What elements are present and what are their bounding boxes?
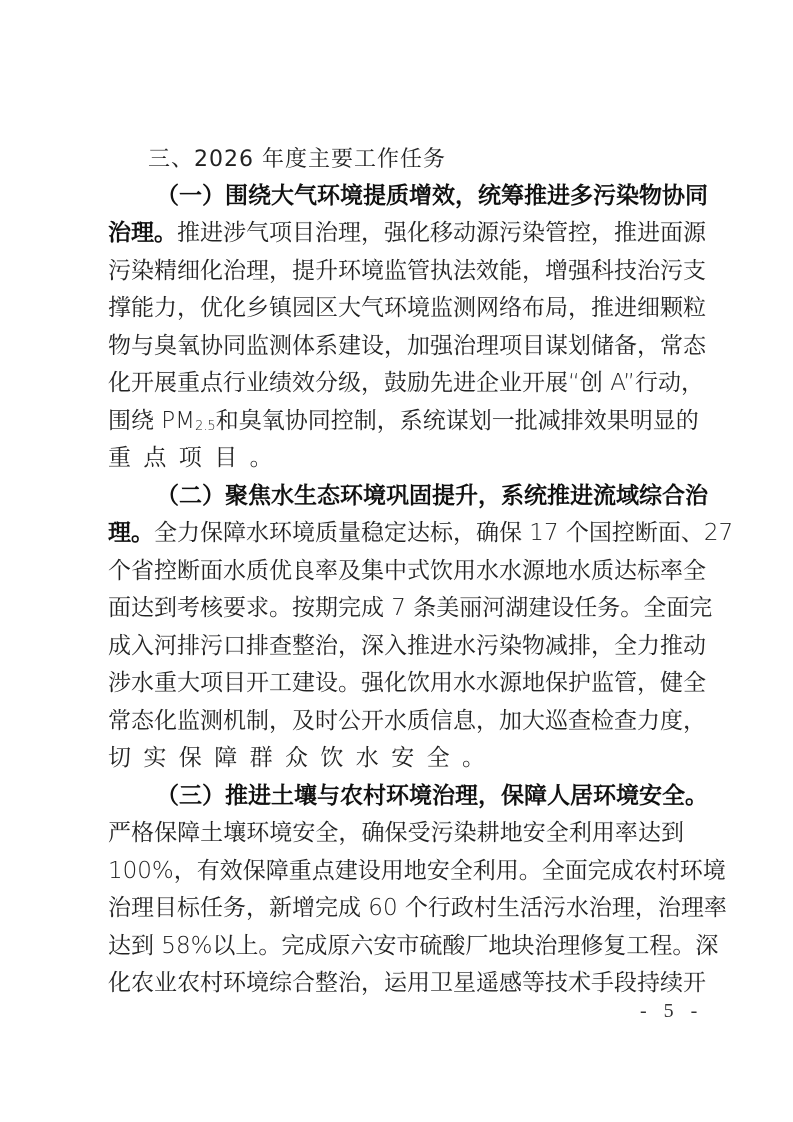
paragraph-2-line-2-text: 全力保障水环境质量稳定达标，确保 17 个国控断面、27: [154, 520, 733, 546]
paragraph-3-line-4: 治理目标任务，新增完成 60 个行政村生活污水治理，治理率: [108, 893, 684, 923]
paragraph-1-title-tail: 治理。: [108, 220, 177, 246]
paragraph-3-line-3: 100%，有效保障重点建设用地安全利用。全面完成农村环境: [108, 856, 684, 886]
paragraph-1-line-7-text-b: 和臭氧协同控制，系统谋划一批减排效果明显的: [216, 408, 699, 434]
paragraph-3-line-6: 化农业农村环境综合整治，运用卫星遥感等技术手段持续开: [108, 968, 684, 998]
paragraph-2-title-tail: 理。: [108, 520, 154, 546]
paragraph-1-line-5: 物与臭氧协同监测体系建设，加强治理项目谋划储备，常态: [108, 331, 684, 361]
paragraph-3-line-2: 严格保障土壤环境安全，确保受污染耕地安全利用率达到: [108, 818, 684, 848]
paragraph-2-line-2: 理。全力保障水环境质量稳定达标，确保 17 个国控断面、27: [108, 518, 684, 548]
paragraph-1-line-4: 撑能力，优化乡镇园区大气环境监测网络布局，推进细颗粒: [108, 293, 684, 323]
paragraph-1-title-line-1: （一）围绕大气环境提质增效，统筹推进多污染物协同: [156, 181, 684, 211]
paragraph-2-line-6: 涉水重大项目开工建设。强化饮用水水源地保护监管，健全: [108, 668, 684, 698]
paragraph-1-line-8: 重点项目。: [108, 443, 684, 473]
paragraph-1-line-7-text-a: 围绕 PM: [108, 408, 195, 434]
paragraph-1-line-7: 围绕 PM2.5和臭氧协同控制，系统谋划一批减排效果明显的: [108, 406, 684, 436]
section-heading: 三、2026 年度主要工作任务: [148, 145, 446, 175]
paragraph-2-line-5: 成入河排污口排查整治，深入推进水污染物减排，全力推动: [108, 631, 684, 661]
paragraph-3-title-line-1: （三）推进土壤与农村环境治理，保障人居环境安全。: [156, 781, 684, 811]
paragraph-1-line-2-text: 推进涉气项目治理，强化移动源污染管控，推进面源: [177, 220, 706, 246]
paragraph-2-line-4: 面达到考核要求。按期完成 7 条美丽河湖建设任务。全面完: [108, 593, 684, 623]
paragraph-2-title-line-1: （二）聚焦水生态环境巩固提升，系统推进流域综合治: [156, 481, 684, 511]
paragraph-2-line-7: 常态化监测机制，及时公开水质信息，加大巡查检查力度，: [108, 706, 684, 736]
page-number: - 5 -: [640, 1000, 703, 1023]
pm-subscript: 2.5: [195, 419, 216, 434]
paragraph-1-line-3: 污染精细化治理，提升环境监管执法效能，增强科技治污支: [108, 256, 684, 286]
paragraph-1-line-6: 化开展重点行业绩效分级，鼓励先进企业开展“创 A”行动，: [108, 368, 684, 398]
paragraph-3-line-5: 达到 58%以上。完成原六安市硫酸厂地块治理修复工程。深: [108, 931, 684, 961]
document-page: 三、2026 年度主要工作任务 （一）围绕大气环境提质增效，统筹推进多污染物协同…: [0, 0, 793, 1122]
paragraph-2-line-3: 个省控断面水质优良率及集中式饮用水水源地水质达标率全: [108, 556, 684, 586]
paragraph-2-line-8: 切实保障群众饮水安全。: [108, 743, 684, 773]
paragraph-1-line-2: 治理。推进涉气项目治理，强化移动源污染管控，推进面源: [108, 218, 684, 248]
